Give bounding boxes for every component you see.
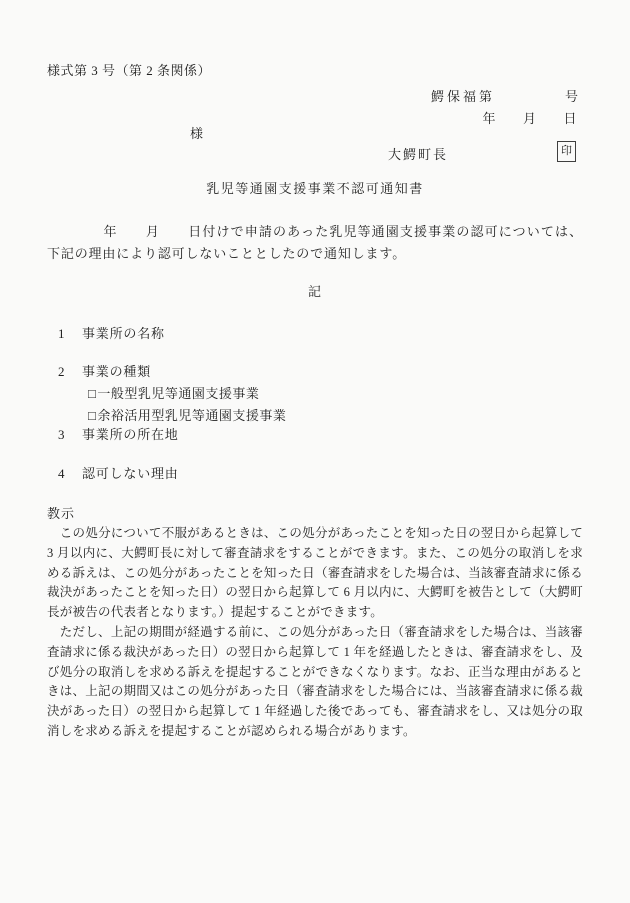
seal-label: 印 (561, 146, 572, 157)
list-item-business-type: 2事業の種類 (47, 361, 583, 380)
item-number: 2 (58, 364, 82, 380)
document-page: 様式第 3 号（第 2 条関係） 鰐保福第号 年 月 日 様 大鰐町長 印 乳児… (0, 0, 630, 903)
record-marker: 記 (0, 281, 630, 300)
item-number: 4 (58, 466, 82, 482)
checkbox-icon: □ (88, 408, 96, 423)
appeal-instructions-heading: 教示 (47, 503, 75, 522)
doc-ref-prefix: 鰐保福第 (431, 89, 495, 104)
checkbox-icon: □ (88, 386, 96, 401)
form-number: 様式第 3 号（第 2 条関係） (47, 60, 211, 79)
doc-ref-suffix: 号 (565, 89, 578, 104)
sender-title: 大鰐町長 (388, 144, 448, 163)
appeal-instructions-body: この処分について不服があるときは、この処分があったことを知った日の翌日から起算し… (47, 524, 583, 742)
item-label: 認可しない理由 (82, 466, 179, 481)
item-label: 事業の種類 (82, 364, 151, 379)
item-number: 1 (58, 326, 82, 342)
appeal-paragraph-1: この処分について不服があるときは、この処分があったことを知った日の翌日から起算し… (47, 524, 583, 623)
checkbox-label: 一般型乳児等通園支援事業 (97, 386, 259, 401)
opening-paragraph: 年 月 日付けで申請のあった乳児等通園支援事業の認可については、下記の理由により… (47, 221, 583, 266)
appeal-paragraph-2: ただし、上記の期間が経過する前に、この処分があった日（審査請求をした場合は、当該… (47, 623, 583, 742)
document-title: 乳児等通園支援事業不認可通知書 (0, 178, 630, 197)
item-number: 3 (58, 427, 82, 443)
list-item-denial-reason: 4認可しない理由 (47, 463, 583, 482)
doc-ref-line: 鰐保福第号 (431, 86, 578, 105)
date-line: 年 月 日 (482, 108, 577, 127)
checkbox-label: 余裕活用型乳児等通園支援事業 (97, 408, 286, 423)
checkbox-option-general-type: □一般型乳児等通園支援事業 (47, 383, 583, 402)
checkbox-option-surplus-type: □余裕活用型乳児等通園支援事業 (47, 405, 583, 424)
list-item-business-location: 3事業所の所在地 (47, 424, 583, 443)
list-item-business-name: 1事業所の名称 (47, 323, 583, 342)
addressee-honorific: 様 (190, 123, 203, 142)
seal-box: 印 (557, 141, 576, 162)
item-label: 事業所の所在地 (82, 427, 179, 442)
item-label: 事業所の名称 (82, 326, 165, 341)
